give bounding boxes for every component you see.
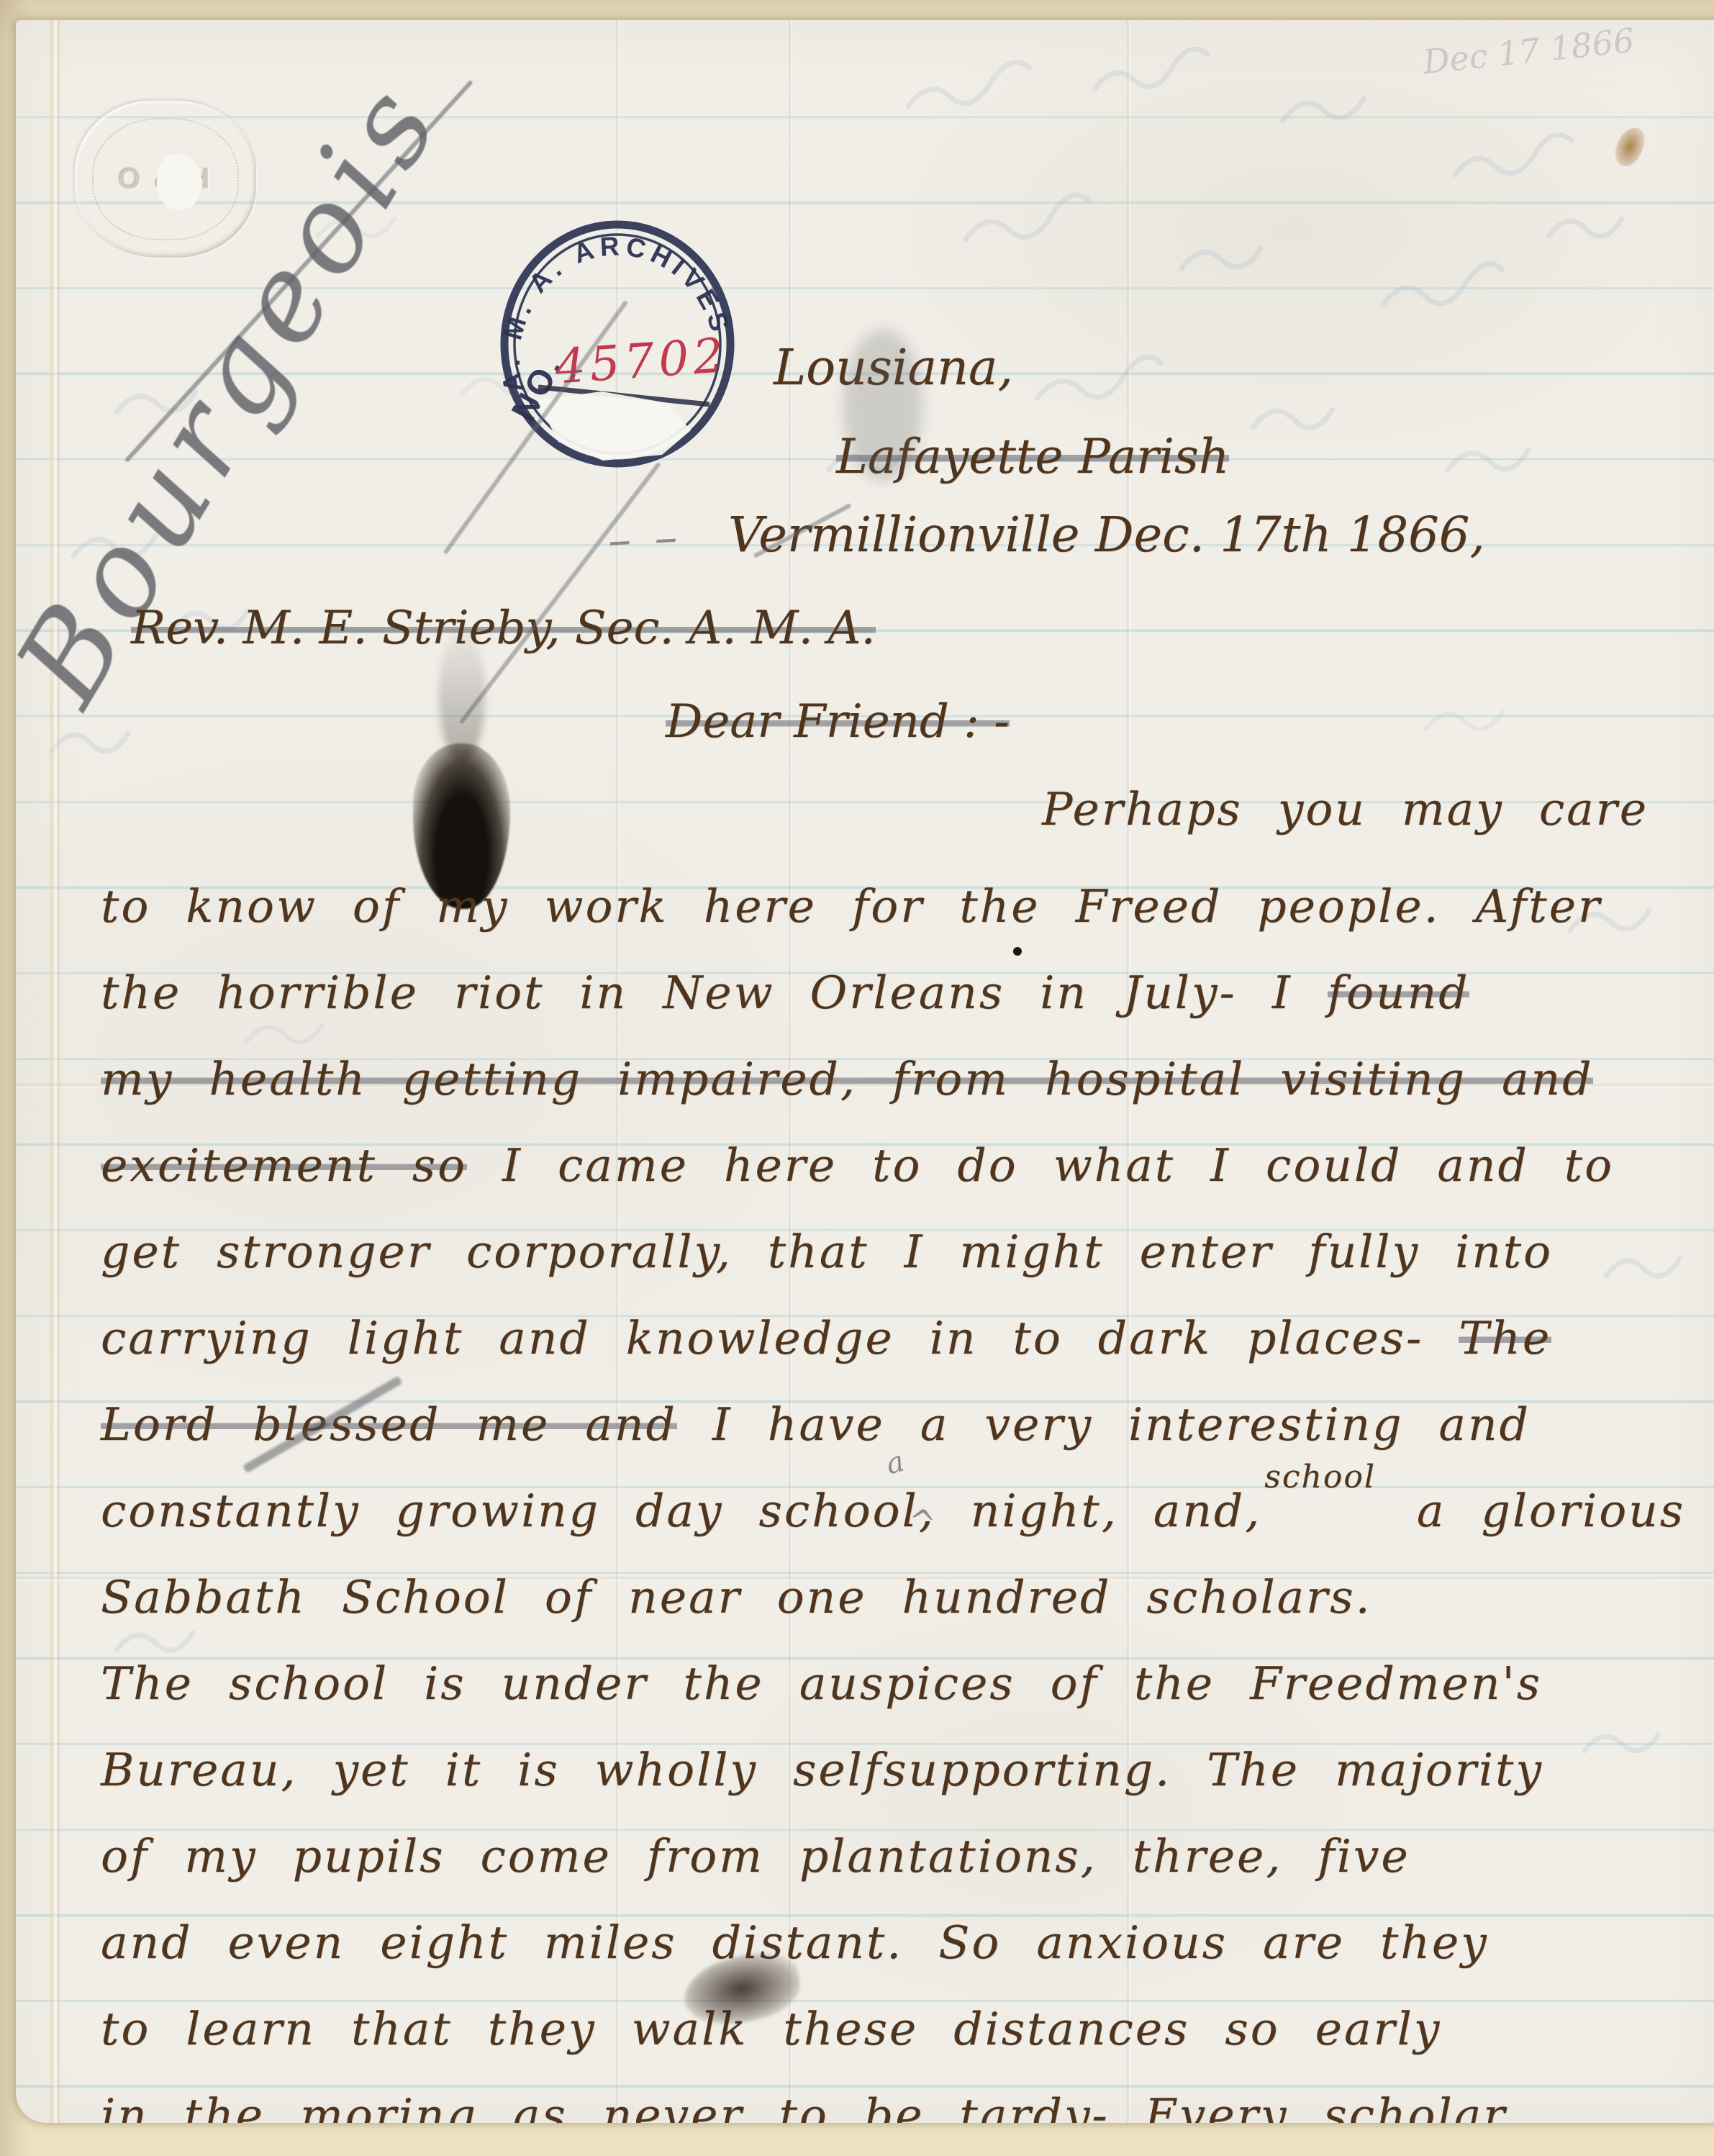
ink-text: to know of my work here for the Freed pe… <box>101 880 1602 933</box>
letter-line: carrying light and knowledge in to dark … <box>101 1295 1698 1382</box>
letter-line: Sabbath School of near one hundred schol… <box>101 1554 1698 1641</box>
letter-line: get stronger corporally, that I might en… <box>101 1209 1698 1295</box>
letter-line: in the moring as never to be tardy- Ever… <box>101 2073 1698 2123</box>
header-city-date: Vermillionville Dec. 17th 1866, <box>728 507 1485 563</box>
ink-text: Bureau, yet it is wholly selfsupporting.… <box>101 1744 1543 1796</box>
gray-smudge <box>843 330 922 481</box>
inserted-word: school <box>1264 1462 1376 1493</box>
struck-text: my health getting impaired, from hospita… <box>101 1053 1593 1105</box>
letter-line: and even eight miles distant. So anxious… <box>101 1900 1698 1986</box>
struck-text: The <box>1459 1312 1551 1364</box>
ink-text: get stronger corporally, that I might en… <box>101 1226 1553 1278</box>
ink-text: in the moring as never to be tardy- Ever… <box>101 2089 1507 2123</box>
header-recipient: Rev. M. E. Strieby, Sec. A. M. A. <box>131 602 876 655</box>
letter-line: The school is under the auspices of the … <box>101 1641 1698 1727</box>
insert-caret: ^ <box>905 1501 938 1544</box>
scan-background: O & H Bourgeois Dec 17 1866 A. M. A. ARC… <box>0 0 1714 2156</box>
letter-line: Bureau, yet it is wholly selfsupporting.… <box>101 1727 1698 1813</box>
letter-line: to learn that they walk these distances … <box>101 1986 1698 2073</box>
ink-text: I have a very interesting and <box>677 1398 1531 1451</box>
ink-text: and even eight miles distant. So anxious… <box>101 1916 1489 1969</box>
letter-page: O & H Bourgeois Dec 17 1866 A. M. A. ARC… <box>16 20 1714 2123</box>
ink-text: the horrible riot in New Orleans in July… <box>101 966 1328 1019</box>
letter-line: excitement so I came here to do what I c… <box>101 1123 1698 1209</box>
ink-text: The school is under the auspices of the … <box>101 1657 1542 1710</box>
letter-line: the horrible riot in New Orleans in July… <box>101 950 1698 1036</box>
fold-crease-left-edge <box>50 20 60 2123</box>
stamp-number: 45702 <box>553 327 730 395</box>
ink-text: constantly growing day school, night, an… <box>101 1485 1261 1537</box>
header-salutation: Dear Friend : - <box>666 695 1010 748</box>
letter-opening: Perhaps you may care <box>1042 783 1649 835</box>
ink-text: a glorious <box>1382 1485 1685 1537</box>
ink-blot-tail <box>439 629 485 762</box>
letter-line: constantly growing day school, night, an… <box>101 1468 1698 1554</box>
struck-text: found <box>1328 966 1470 1019</box>
paper-damage-patch <box>157 154 201 210</box>
struck-text: Lord blessed me and <box>101 1398 677 1451</box>
letter-body: to know of my work here for the Freed pe… <box>101 864 1698 2123</box>
letter-line: of my pupils come from plantations, thre… <box>101 1813 1698 1900</box>
ink-text: of my pupils come from plantations, thre… <box>101 1830 1410 1883</box>
letter-line: my health getting impaired, from hospita… <box>101 1036 1698 1123</box>
struck-text: excitement so <box>101 1139 467 1192</box>
ink-text: Sabbath School of near one hundred schol… <box>101 1571 1372 1623</box>
ink-text: carrying light and knowledge in to dark … <box>101 1312 1459 1364</box>
ink-text: I came here to do what I could and to <box>467 1139 1614 1192</box>
letter-line: to know of my work here for the Freed pe… <box>101 864 1698 950</box>
